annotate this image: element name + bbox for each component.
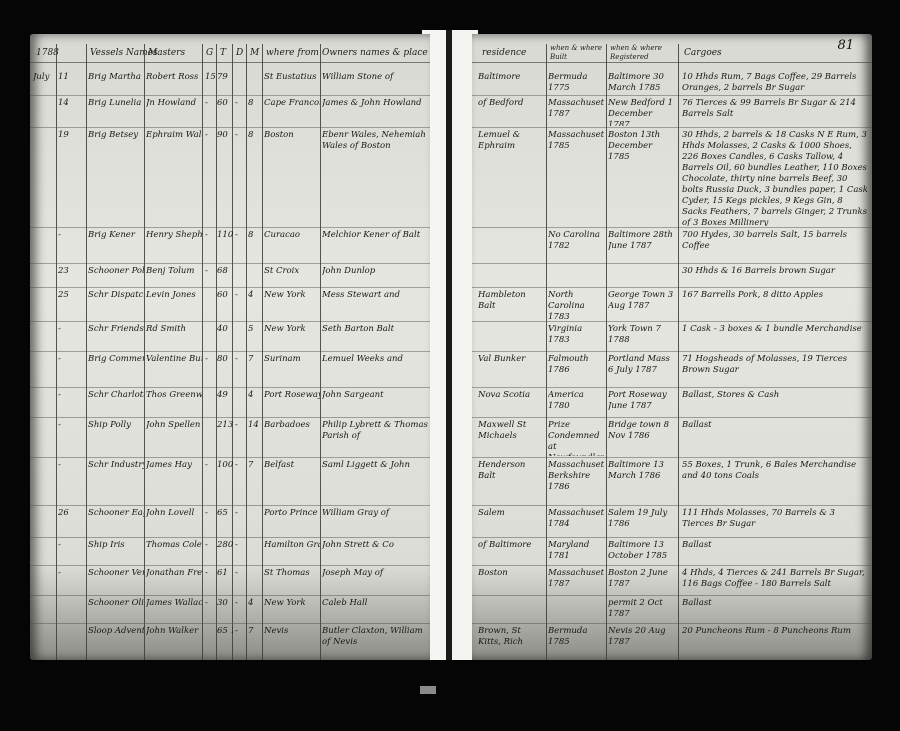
- ledger-cell-no: -: [58, 420, 84, 431]
- ledger-cell-cargo: 4 Hhds, 4 Tierces & 241 Barrels Br Sugar…: [682, 568, 868, 594]
- ledger-cell-cargo: 10 Hhds Rum, 7 Bags Coffee, 29 Barrels O…: [682, 72, 868, 94]
- ledger-cell-tons: 60: [217, 290, 233, 301]
- ledger-cell-no: -: [58, 540, 84, 551]
- ledger-cell-owners: James & John Howland: [322, 98, 428, 126]
- ledger-cell-tons: 61: [217, 568, 233, 579]
- ledger-cell-tons: 30: [217, 598, 233, 609]
- ledger-cell-no: -: [58, 230, 84, 241]
- ledger-cell-g: -: [205, 598, 217, 609]
- ledger-cell-d: -: [235, 130, 245, 141]
- header-guns: G: [206, 48, 213, 58]
- ledger-cell-m: 4: [248, 290, 260, 301]
- ledger-cell-d: -: [235, 354, 245, 365]
- ledger-cell-g: -: [205, 568, 217, 579]
- ledger-cell-from: St Thomas: [264, 568, 320, 579]
- ledger-cell-owners: Ebenr Wales, Nehemiah Wales of Boston: [322, 130, 428, 226]
- row-rule: [30, 387, 430, 388]
- ledger-cell-master: Jn Howland: [146, 98, 202, 109]
- row-rule: [472, 227, 872, 228]
- row-rule: [30, 127, 430, 128]
- ledger-cell-built: Prize Condemned at Newfoundland 1782: [548, 420, 604, 456]
- ledger-cell-vessel: Schooner Polly: [88, 266, 144, 277]
- ledger-cell-residence: Henderson Balt: [478, 460, 544, 504]
- ledger-cell-m: 7: [248, 626, 260, 637]
- ledger-cell-residence: Salem: [478, 508, 544, 536]
- ledger-cell-built: Bermuda 1775: [548, 72, 604, 94]
- ledger-cell-residence: Hambleton Balt: [478, 290, 544, 320]
- ledger-cell-cargo: 20 Puncheons Rum - 8 Puncheons Rum: [682, 626, 868, 646]
- ledger-cell-vessel: Schr Charlotte: [88, 390, 144, 401]
- ledger-cell-built: Massachusetts 1784: [548, 508, 604, 536]
- ledger-cell-residence: Baltimore: [478, 72, 544, 94]
- ledger-cell-g: -: [205, 508, 217, 519]
- column-rule: [202, 44, 203, 660]
- column-rule: [144, 44, 145, 660]
- header-rule: [472, 62, 872, 63]
- ledger-cell-from: Cape Francois: [264, 98, 320, 109]
- ledger-cell-registered: Baltimore 13 October 1785: [608, 540, 676, 564]
- ledger-cell-tons: 213 1/2: [217, 420, 233, 431]
- ledger-cell-from: Curacao: [264, 230, 320, 241]
- ledger-cell-m: 7: [248, 460, 260, 471]
- ledger-cell-from: St Eustatius: [264, 72, 320, 83]
- ledger-cell-residence: Brown, St Kitts, Rich: [478, 626, 544, 646]
- ledger-cell-residence: [478, 324, 544, 350]
- ledger-cell-vessel: Ship Polly: [88, 420, 144, 431]
- header-cargoes: Cargoes: [684, 48, 722, 58]
- ledger-cell-tons: 100: [217, 460, 233, 471]
- ledger-cell-cargo: 71 Hogsheads of Molasses, 19 Tierces Bro…: [682, 354, 868, 386]
- film-reel-marker: [420, 686, 436, 694]
- ledger-cell-built: Massachusetts 1785: [548, 130, 604, 226]
- column-rule: [246, 44, 247, 660]
- row-rule: [472, 505, 872, 506]
- ledger-cell-vessel: Schr Industry: [88, 460, 144, 471]
- row-rule: [472, 95, 872, 96]
- ledger-cell-d: -: [235, 508, 245, 519]
- row-rule: [472, 127, 872, 128]
- column-rule: [86, 44, 87, 660]
- ledger-cell-tons: 80: [217, 354, 233, 365]
- ledger-cell-no: 25: [58, 290, 84, 301]
- ledger-cell-no: 26: [58, 508, 84, 519]
- ledger-cell-registered: Boston 2 June 1787: [608, 568, 676, 594]
- ledger-cell-vessel: Ship Iris: [88, 540, 144, 551]
- header-owners: Owners names & place of: [322, 48, 430, 58]
- ledger-cell-from: Port Roseway: [264, 390, 320, 401]
- ledger-cell-g: -: [205, 540, 217, 551]
- row-rule: [472, 387, 872, 388]
- ledger-cell-g: -: [205, 460, 217, 471]
- ledger-cell-from: Boston: [264, 130, 320, 141]
- ledger-cell-no: 19: [58, 130, 84, 141]
- ledger-cell-registered: Bridge town 8 Nov 1786: [608, 420, 676, 456]
- row-rule: [30, 351, 430, 352]
- ledger-cell-owners: Saml Liggett & John: [322, 460, 428, 504]
- ledger-cell-cargo: 700 Hydes, 30 barrels Salt, 15 barrels C…: [682, 230, 868, 262]
- ledger-cell-d: -: [235, 540, 245, 551]
- ledger-cell-cargo: Ballast: [682, 598, 868, 622]
- ledger-cell-tons: 65 1/2: [217, 626, 233, 637]
- ledger-cell-tons: 60: [217, 98, 233, 109]
- ledger-cell-owners: William Gray of: [322, 508, 428, 536]
- ledger-cell-residence: Nova Scotia: [478, 390, 544, 416]
- ledger-cell-master: Henry Shepherd: [146, 230, 202, 241]
- ledger-cell-owners: Caleb Hall: [322, 598, 428, 622]
- ledger-cell-residence: Boston: [478, 568, 544, 594]
- ledger-cell-g: -: [205, 354, 217, 365]
- ledger-cell-master: Rd Smith: [146, 324, 202, 335]
- row-rule: [30, 623, 430, 624]
- ledger-cell-cargo: 30 Hhds & 16 Barrels brown Sugar: [682, 266, 868, 286]
- ledger-cell-g: -: [205, 230, 217, 241]
- ledger-cell-tons: 40: [217, 324, 233, 335]
- row-rule: [472, 623, 872, 624]
- ledger-cell-no: -: [58, 390, 84, 401]
- ledger-cell-from: Nevis: [264, 626, 320, 637]
- ledger-cell-built: Massachusetts 1787: [548, 568, 604, 594]
- ledger-cell-cargo: 167 Barrells Pork, 8 ditto Apples: [682, 290, 868, 320]
- ledger-cell-no: -: [58, 354, 84, 365]
- ledger-cell-d: -: [235, 98, 245, 109]
- ledger-cell-registered: Baltimore 13 March 1786: [608, 460, 676, 504]
- ledger-cell-from: New York: [264, 324, 320, 335]
- ledger-cell-master: Benj Tolum: [146, 266, 202, 277]
- ledger-cell-registered: Salem 19 July 1786: [608, 508, 676, 536]
- header-decks: D: [236, 48, 243, 58]
- row-rule: [472, 417, 872, 418]
- ledger-cell-registered: Portland Mass 6 July 1787: [608, 354, 676, 386]
- ledger-cell-registered: New Bedford 1 December 1787: [608, 98, 676, 126]
- ledger-cell-built: Maryland 1781: [548, 540, 604, 564]
- ledger-cell-residence: [478, 598, 544, 622]
- ledger-cell-vessel: Schooner Eagle: [88, 508, 144, 519]
- row-rule: [472, 537, 872, 538]
- ledger-cell-master: Thomas Cole: [146, 540, 202, 551]
- ledger-cell-tons: 280: [217, 540, 233, 551]
- ledger-cell-master: Levin Jones: [146, 290, 202, 301]
- ledger-cell-master: Robert Ross: [146, 72, 202, 83]
- ledger-cell-vessel: Schooner Venus: [88, 568, 144, 579]
- ledger-cell-built: No Carolina 1782: [548, 230, 604, 262]
- ledger-cell-g: 15: [205, 72, 217, 83]
- ledger-cell-no: 14: [58, 98, 84, 109]
- ledger-cell-master: John Walker: [146, 626, 202, 637]
- ledger-cell-g: -: [205, 266, 217, 277]
- row-rule: [472, 457, 872, 458]
- ledger-cell-cargo: Ballast, Stores & Cash: [682, 390, 868, 416]
- ledger-cell-tons: 65: [217, 508, 233, 519]
- ledger-cell-m: 4: [248, 598, 260, 609]
- ledger-cell-owners: Lemuel Weeks and: [322, 354, 428, 386]
- ledger-cell-registered: Baltimore 28th June 1787: [608, 230, 676, 262]
- ledger-cell-d: -: [235, 290, 245, 301]
- column-rule: [546, 44, 547, 660]
- header-where-from: where from: [266, 48, 319, 58]
- ledger-cell-m: 8: [248, 98, 260, 109]
- ledger-cell-from: Hamilton Grav: [264, 540, 320, 551]
- ledger-cell-date: July: [33, 72, 55, 83]
- ledger-cell-cargo: 1 Cask - 3 boxes & 1 bundle Merchandise: [682, 324, 868, 350]
- ledger-cell-vessel: Brig Martha & Polly: [88, 72, 144, 83]
- ledger-cell-built: Massachusetts 1787: [548, 98, 604, 126]
- ledger-cell-d: -: [235, 626, 245, 637]
- ledger-cell-d: -: [235, 598, 245, 609]
- ledger-cell-m: 8: [248, 230, 260, 241]
- row-rule: [30, 263, 430, 264]
- ledger-cell-owners: Seth Barton Balt: [322, 324, 428, 350]
- ledger-cell-vessel: Brig Kener: [88, 230, 144, 241]
- ledger-cell-owners: John Strett & Co: [322, 540, 428, 564]
- left-ledger-grid: 1788 Vessels Names Masters G T D M where…: [30, 34, 430, 660]
- ledger-cell-m: 7: [248, 354, 260, 365]
- row-rule: [472, 351, 872, 352]
- ledger-cell-built: North Carolina 1783: [548, 290, 604, 320]
- ledger-cell-owners: Joseph May of: [322, 568, 428, 594]
- ledger-cell-vessel: Brig Betsey: [88, 130, 144, 141]
- ledger-cell-built: America 1780: [548, 390, 604, 416]
- ledger-cell-from: Belfast: [264, 460, 320, 471]
- header-rule: [30, 62, 430, 63]
- ledger-cell-from: Porto Prince: [264, 508, 320, 519]
- ledger-cell-residence: of Baltimore: [478, 540, 544, 564]
- row-rule: [30, 287, 430, 288]
- header-masts: M: [250, 48, 259, 58]
- row-rule: [30, 537, 430, 538]
- ledger-cell-tons: 90: [217, 130, 233, 141]
- ledger-cell-cargo: Ballast: [682, 540, 868, 564]
- ledger-cell-built: Virginia 1783: [548, 324, 604, 350]
- row-rule: [30, 95, 430, 96]
- ledger-cell-master: Ephraim Wales: [146, 130, 202, 141]
- ledger-cell-g: -: [205, 130, 217, 141]
- ledger-cell-owners: Melchior Kener of Balt: [322, 230, 428, 262]
- header-when-registered: when & where Registered: [610, 44, 670, 62]
- row-rule: [472, 565, 872, 566]
- ledger-cell-residence: Lemuel & Ephraim: [478, 130, 544, 226]
- ledger-cell-m: 8: [248, 130, 260, 141]
- ledger-right-page: 81 residence when & where Built when & w…: [472, 34, 872, 660]
- ledger-cell-registered: George Town 3 Aug 1787: [608, 290, 676, 320]
- ledger-cell-from: Surinam: [264, 354, 320, 365]
- header-residence: residence: [482, 48, 526, 58]
- ledger-cell-no: -: [58, 460, 84, 471]
- ledger-cell-cargo: 111 Hhds Molasses, 70 Barrels & 3 Tierce…: [682, 508, 868, 536]
- ledger-cell-residence: [478, 230, 544, 262]
- ledger-cell-tons: 68: [217, 266, 233, 277]
- row-rule: [472, 263, 872, 264]
- header-when-built: when & where Built: [550, 44, 606, 62]
- row-rule: [472, 321, 872, 322]
- ledger-cell-g: -: [205, 98, 217, 109]
- column-rule: [606, 44, 607, 660]
- ledger-cell-registered: Boston 13th December 1785: [608, 130, 676, 226]
- right-ledger-grid: residence when & where Built when & wher…: [472, 34, 872, 660]
- ledger-cell-cargo: 55 Boxes, 1 Trunk, 6 Bales Merchandise a…: [682, 460, 868, 504]
- ledger-cell-d: -: [235, 568, 245, 579]
- row-rule: [472, 595, 872, 596]
- ledger-cell-owners: Butler Claxton, William of Nevis: [322, 626, 428, 646]
- column-rule: [56, 44, 57, 660]
- ledger-cell-registered: York Town 7 1788: [608, 324, 676, 350]
- ledger-cell-tons: 79: [217, 72, 233, 83]
- ledger-cell-built: Massachusetts Berkshire 1786: [548, 460, 604, 504]
- ledger-cell-built: Falmouth 1786: [548, 354, 604, 386]
- column-rule: [320, 44, 321, 660]
- ledger-cell-master: Valentine Bunker: [146, 354, 202, 365]
- ledger-cell-vessel: Schooner Olive Branch: [88, 598, 144, 609]
- header-tons: T: [220, 48, 226, 58]
- row-rule: [30, 417, 430, 418]
- ledger-cell-m: 14: [248, 420, 260, 431]
- ledger-cell-registered: Baltimore 30 March 1785: [608, 72, 676, 94]
- column-rule: [262, 44, 263, 660]
- ledger-cell-master: Jonathan French: [146, 568, 202, 579]
- ledger-cell-vessel: Schr Friendship: [88, 324, 144, 335]
- ledger-cell-m: 5: [248, 324, 260, 335]
- ledger-cell-built: [548, 266, 604, 286]
- ledger-cell-owners: John Dunlop: [322, 266, 428, 286]
- ledger-cell-vessel: Brig Lunelia: [88, 98, 144, 109]
- ledger-cell-from: St Croix: [264, 266, 320, 277]
- ledger-cell-registered: Port Roseway June 1787: [608, 390, 676, 416]
- ledger-cell-no: -: [58, 324, 84, 335]
- ledger-cell-master: John Lovell: [146, 508, 202, 519]
- ledger-cell-no: -: [58, 568, 84, 579]
- ledger-cell-vessel: Schr Dispatch: [88, 290, 144, 301]
- ledger-cell-owners: Mess Stewart and: [322, 290, 428, 320]
- row-rule: [472, 287, 872, 288]
- ledger-cell-registered: Nevis 20 Aug 1787: [608, 626, 676, 646]
- row-rule: [30, 321, 430, 322]
- ledger-cell-master: John Spellen: [146, 420, 202, 431]
- ledger-cell-registered: permit 2 Oct 1787: [608, 598, 676, 622]
- row-rule: [30, 595, 430, 596]
- row-rule: [30, 457, 430, 458]
- ledger-cell-tons: 49: [217, 390, 233, 401]
- ledger-cell-built: [548, 598, 604, 622]
- ledger-cell-master: James Wallace: [146, 598, 202, 609]
- ledger-cell-cargo: Ballast: [682, 420, 868, 456]
- ledger-cell-residence: Val Bunker: [478, 354, 544, 386]
- ledger-cell-d: -: [235, 230, 245, 241]
- ledger-cell-from: Barbadoes: [264, 420, 320, 431]
- ledger-cell-d: -: [235, 420, 245, 431]
- ledger-cell-owners: William Stone of: [322, 72, 428, 94]
- ledger-cell-m: 4: [248, 390, 260, 401]
- ledger-cell-from: New York: [264, 598, 320, 609]
- row-rule: [30, 505, 430, 506]
- ledger-cell-owners: Philip Lybrett & Thomas Parish of: [322, 420, 428, 456]
- ledger-cell-residence: of Bedford: [478, 98, 544, 126]
- ledger-cell-master: Thos Greenwood: [146, 390, 202, 401]
- row-rule: [30, 227, 430, 228]
- ledger-cell-no: 23: [58, 266, 84, 277]
- ledger-cell-d: -: [235, 460, 245, 471]
- ledger-left-page: 1788 Vessels Names Masters G T D M where…: [30, 34, 430, 660]
- ledger-cell-registered: [608, 266, 676, 286]
- ledger-cell-built: Bermuda 1785: [548, 626, 604, 646]
- ledger-cell-no: 11: [58, 72, 84, 83]
- ledger-cell-vessel: Brig Commerce: [88, 354, 144, 365]
- ledger-cell-owners: John Sargeant: [322, 390, 428, 416]
- ledger-cell-cargo: 30 Hhds, 2 barrels & 18 Casks N E Rum, 3…: [682, 130, 868, 226]
- ledger-cell-master: James Hay: [146, 460, 202, 471]
- column-rule: [678, 44, 679, 660]
- ledger-cell-vessel: Sloop Adventure: [88, 626, 144, 637]
- ledger-cell-from: New York: [264, 290, 320, 301]
- row-rule: [30, 565, 430, 566]
- ledger-cell-tons: 110: [217, 230, 233, 241]
- ledger-cell-cargo: 76 Tierces & 99 Barrels Br Sugar & 214 B…: [682, 98, 868, 126]
- ledger-cell-residence: Maxwell St Michaels: [478, 420, 544, 456]
- header-masters: Masters: [148, 48, 185, 58]
- ledger-cell-residence: [478, 266, 544, 286]
